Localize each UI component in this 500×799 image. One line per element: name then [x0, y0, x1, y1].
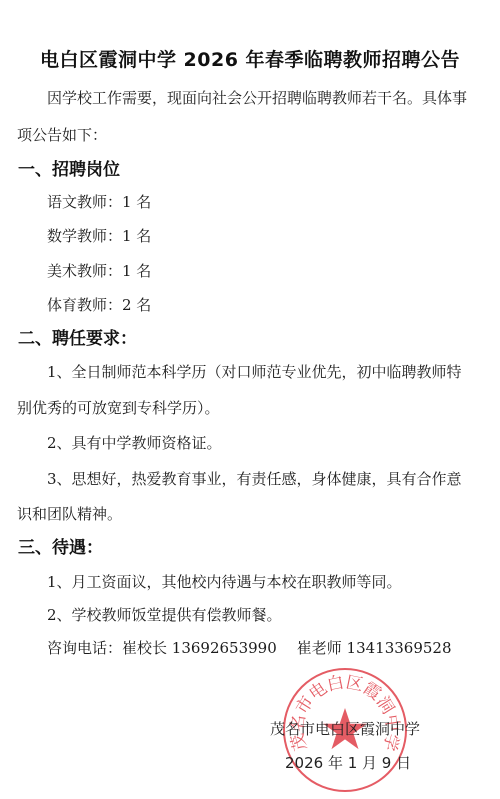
position-item-math: 数学教师：1 名 [47, 225, 151, 246]
intro-text-line2: 项公告如下： [17, 124, 107, 145]
requirement-2: 2、具有中学教师资格证。 [47, 432, 222, 453]
position-item-art: 美术教师：1 名 [47, 260, 151, 281]
section-heading-positions: 一、招聘岗位 [18, 155, 120, 180]
announcement-page: 电白区霞洞中学 2026 年春季临聘教师招聘公告 因学校工作需要，现面向社会公开… [0, 0, 500, 799]
position-item-chinese: 语文教师：1 名 [47, 191, 151, 212]
contact-teacher: 崔老师 13413369528 [297, 639, 452, 657]
contact-label: 咨询电话： [47, 639, 122, 657]
intro-text-line1: 因学校工作需要，现面向社会公开招聘临聘教师若干名。具体事 [47, 87, 467, 108]
document-title: 电白区霞洞中学 2026 年春季临聘教师招聘公告 [0, 45, 500, 72]
benefit-1: 1、月工资面议，其他校内待遇与本校在职教师等同。 [47, 571, 402, 592]
section-heading-requirements: 二、聘任要求： [18, 324, 137, 349]
contact-principal: 崔校长 13692653990 [122, 639, 277, 657]
position-item-pe: 体育教师：2 名 [47, 294, 151, 315]
signature-date: 2026 年 1 月 9 日 [285, 752, 411, 773]
contact-line: 咨询电话：崔校长 13692653990崔老师 13413369528 [47, 637, 452, 658]
requirement-1-line1: 1、全日制师范本科学历（对口师范专业优先，初中临聘教师特 [47, 361, 462, 382]
section-heading-benefits: 三、待遇： [18, 533, 103, 558]
requirement-3-line1: 3、思想好，热爱教育事业，有责任感，身体健康，具有合作意 [47, 468, 462, 489]
signature-organization: 茂名市电白区霞洞中学 [270, 718, 420, 739]
requirement-3-line2: 识和团队精神。 [17, 503, 122, 524]
benefit-2: 2、学校教师饭堂提供有偿教师餐。 [47, 604, 282, 625]
requirement-1-line2: 别优秀的可放宽到专科学历）。 [17, 397, 220, 418]
